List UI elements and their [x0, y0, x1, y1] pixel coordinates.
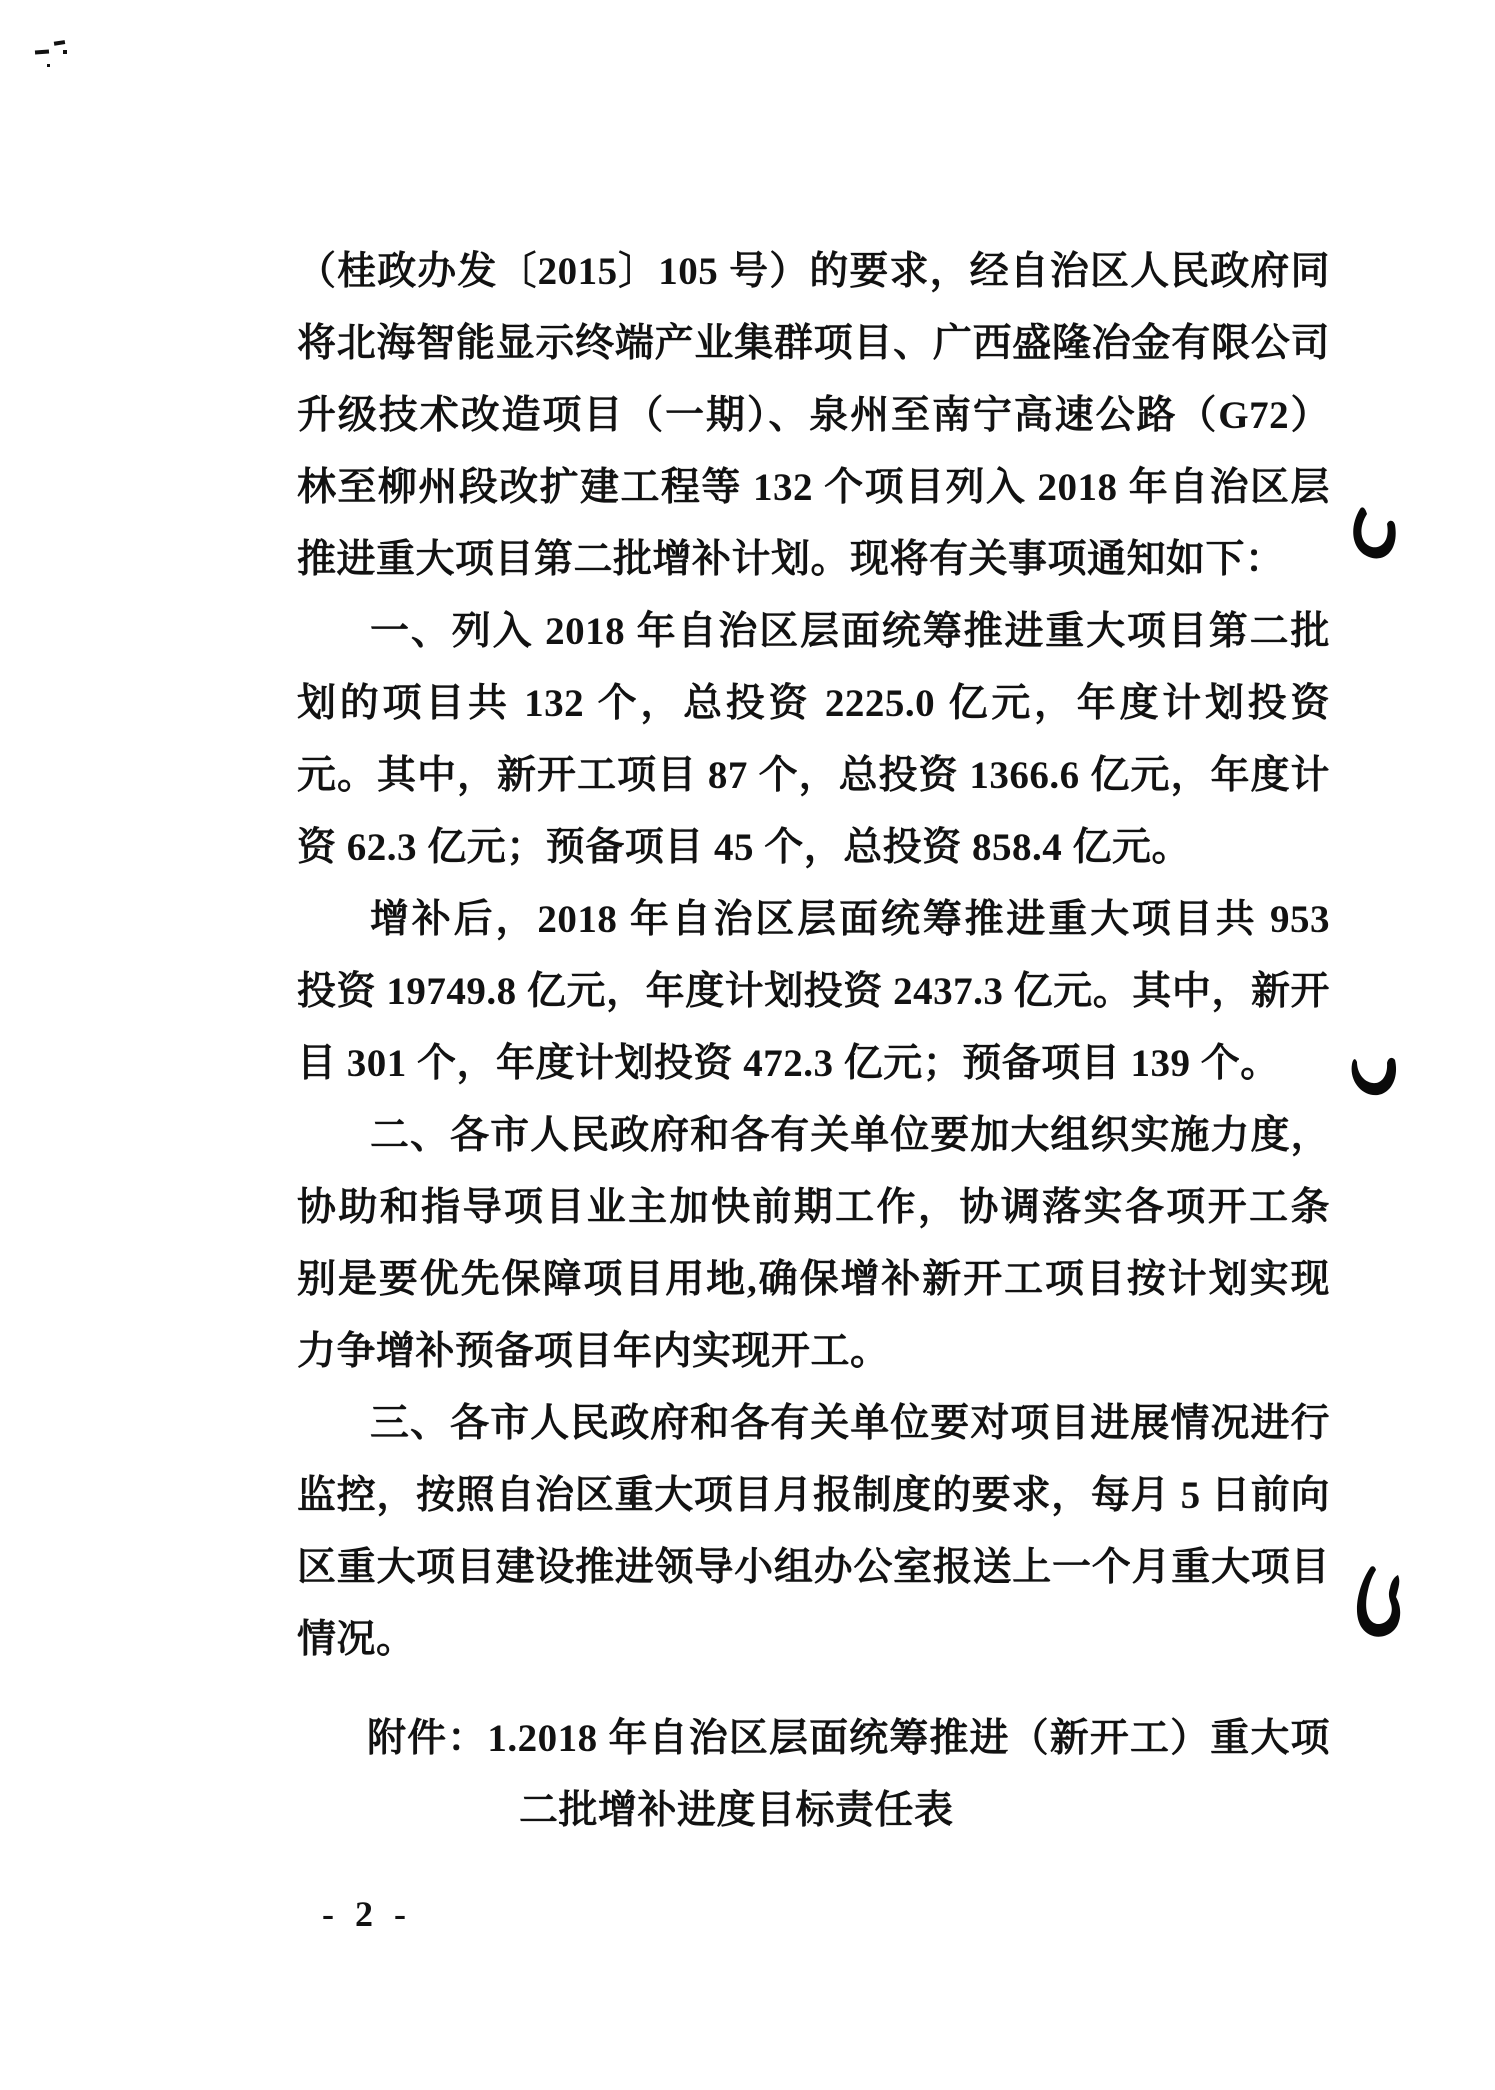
doc-line: 目 301 个，年度计划投资 472.3 亿元；预备项目 139 个。 [297, 1028, 1330, 1100]
doc-line: 增补后，2018 年自治区层面统筹推进重大项目共 953 个，总 [297, 884, 1330, 956]
doc-line: 三、各市人民政府和各有关单位要对项目进展情况进行跟踪 [297, 1388, 1330, 1460]
doc-line: 元。其中，新开工项目 87 个，总投资 1366.6 亿元，年度计划投 [297, 740, 1330, 812]
corner-specks-icon [33, 36, 71, 72]
doc-line: 二、各市人民政府和各有关单位要加大组织实施力度，督促、 [297, 1100, 1330, 1172]
doc-line: 协助和指导项目业主加快前期工作，协调落实各项开工条件，特 [297, 1172, 1330, 1244]
doc-line: 投资 19749.8 亿元，年度计划投资 2437.3 亿元。其中，新开工项 [297, 956, 1330, 1028]
doc-line: 区重大项目建设推进领导小组办公室报送上一个月重大项目进展 [297, 1532, 1330, 1604]
doc-line: 将北海智能显示终端产业集群项目、广西盛隆冶金有限公司产业 [297, 308, 1330, 380]
attachment-line: 附件：1.2018 年自治区层面统筹推进（新开工）重大项目第 [297, 1703, 1330, 1775]
doc-line: 一、列入 2018 年自治区层面统筹推进重大项目第二批增补计 [297, 596, 1330, 668]
document-body: （桂政办发〔2015〕105 号）的要求，经自治区人民政府同意， 将北海智能显示… [297, 236, 1330, 1847]
doc-line: 情况。 [297, 1604, 1330, 1676]
doc-line: 监控，按照自治区重大项目月报制度的要求，每月 5 日前向自治 [297, 1460, 1330, 1532]
ink-blob-crescent-icon [1345, 1050, 1403, 1100]
ink-blob-hook-icon [1348, 1564, 1408, 1642]
scanned-document-page: （桂政办发〔2015〕105 号）的要求，经自治区人民政府同意， 将北海智能显示… [0, 0, 1495, 2090]
ink-blob-u-icon [1345, 503, 1405, 565]
doc-line: 升级技术改造项目（一期）、泉州至南宁高速公路（G72）广西桂 [297, 380, 1330, 452]
doc-line: 推进重大项目第二批增补计划。现将有关事项通知如下： [297, 524, 1330, 596]
doc-line: 林至柳州段改扩建工程等 132 个项目列入 2018 年自治区层面统筹 [297, 452, 1330, 524]
attachment-gap [297, 1676, 1330, 1703]
page-number: - 2 - [322, 1893, 412, 1935]
doc-line: （桂政办发〔2015〕105 号）的要求，经自治区人民政府同意， [297, 236, 1330, 308]
doc-line: 划的项目共 132 个，总投资 2225.0 亿元，年度计划投资 62.3 亿 [297, 668, 1330, 740]
attachment-line: 二批增补进度目标责任表 [297, 1775, 1330, 1847]
doc-line: 资 62.3 亿元；预备项目 45 个，总投资 858.4 亿元。 [297, 812, 1330, 884]
doc-line: 力争增补预备项目年内实现开工。 [297, 1316, 1330, 1388]
doc-line: 别是要优先保障项目用地,确保增补新开工项目按计划实现开工， [297, 1244, 1330, 1316]
